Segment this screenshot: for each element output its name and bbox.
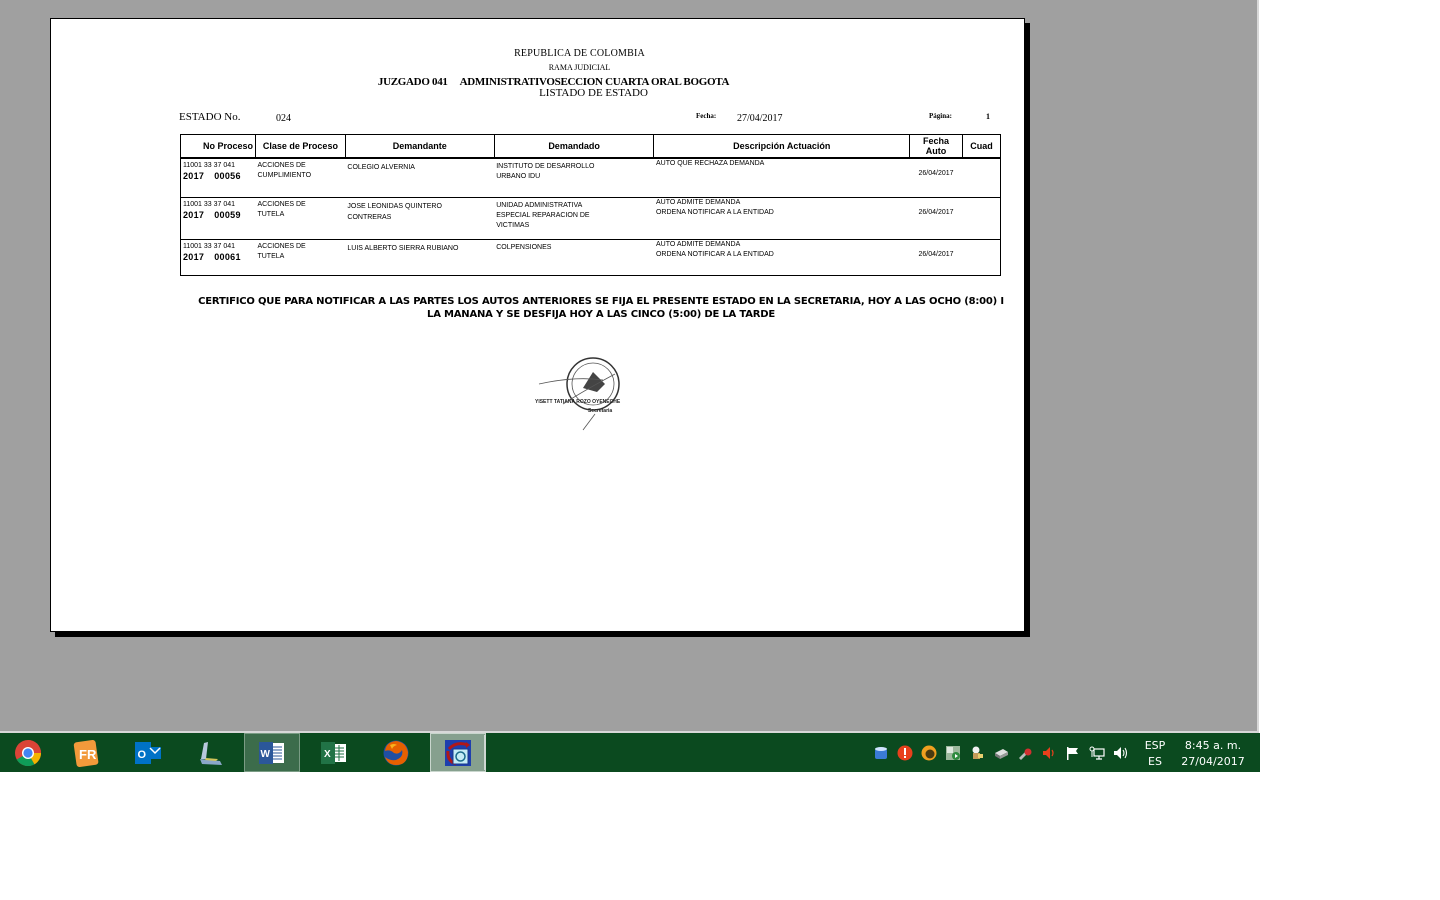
cell-demandante: JOSE LEONIDAS QUINTEROCONTRERAS xyxy=(345,198,494,240)
fecha-value: 27/04/2017 xyxy=(737,113,783,124)
cell-clase-proceso: ACCIONES DECUMPLIMIENTO xyxy=(255,158,345,198)
col-fecha-auto: Fecha Auto xyxy=(910,135,963,159)
media-icon[interactable] xyxy=(945,745,961,761)
proceso-prefix: 11001 33 37 041 xyxy=(183,161,253,171)
cell-descripcion: AUTO ADMITE DEMANDAORDENA NOTIFICAR A LA… xyxy=(654,198,910,240)
estado-table: No Proceso Clase de Proceso Demandante D… xyxy=(180,134,1001,276)
outlook-icon: O xyxy=(134,739,162,767)
pagina-value: 1 xyxy=(986,112,990,121)
col-demandante: Demandante xyxy=(345,135,494,159)
demandado-line-3: VICTIMAS xyxy=(496,221,652,231)
svg-text:X: X xyxy=(324,749,331,760)
proceso-year: 2017 xyxy=(183,171,204,181)
pagina-label: Página: xyxy=(929,112,952,120)
cell-no-proceso: 11001 33 37 041201700059 xyxy=(181,198,256,240)
estado-value: 024 xyxy=(276,113,291,124)
system-tray xyxy=(873,733,1137,772)
proceso-year: 2017 xyxy=(183,252,204,262)
table-header-row: No Proceso Clase de Proceso Demandante D… xyxy=(181,135,1001,159)
cell-fecha-auto: 26/04/2017 xyxy=(910,158,963,198)
demandante-line-2: CONTRERAS xyxy=(347,212,492,223)
taskbar-foxit-reader[interactable]: FR xyxy=(58,733,114,772)
svg-text:O: O xyxy=(138,749,147,761)
firefox-icon xyxy=(382,739,410,767)
demandado-line-1: INSTITUTO DE DESARROLLO xyxy=(496,162,652,172)
actuacion-line-2: ORDENA NOTIFICAR A LA ENTIDAD xyxy=(656,250,908,260)
cell-cuad xyxy=(963,198,1001,240)
clase-line-2: TUTELA xyxy=(257,252,343,262)
proceso-number: 201700061 xyxy=(183,252,253,262)
signer-role: Secretaria xyxy=(588,408,612,414)
report-page: REPUBLICA DE COLOMBIA RAMA JUDICIAL JUZG… xyxy=(50,18,1025,632)
taskbar-chrome[interactable] xyxy=(0,733,56,772)
taskbar-report-viewer[interactable] xyxy=(430,733,486,772)
cell-demandado: UNIDAD ADMINISTRATIVAESPECIAL REPARACION… xyxy=(494,198,654,240)
network-drive-icon[interactable] xyxy=(873,745,889,761)
demandado-line-1: COLPENSIONES xyxy=(496,243,652,253)
printer-icon[interactable] xyxy=(993,745,1009,761)
demandante-line-1: LUIS ALBERTO SIERRA RUBIANO xyxy=(347,243,492,254)
fecha-label: Fecha: xyxy=(696,112,716,120)
clock[interactable]: 8:45 a. m. 27/04/2017 xyxy=(1178,738,1248,770)
col-descripcion: Descripción Actuación xyxy=(654,135,910,159)
certificate-line-1: CERTIFICO QUE PARA NOTIFICAR A LAS PARTE… xyxy=(191,295,1011,308)
clase-line-2: TUTELA xyxy=(257,210,343,220)
actuacion-line-1: AUTO ADMITE DEMANDA xyxy=(656,198,908,208)
demandado-line-2: URBANO IDU xyxy=(496,172,652,182)
certificate-line-2: LA MANANA Y SE DESFIJA HOY A LAS CINCO (… xyxy=(191,308,1011,321)
taskbar-outlook[interactable]: O xyxy=(120,733,176,772)
network-icon[interactable] xyxy=(1089,745,1105,761)
cell-demandante: LUIS ALBERTO SIERRA RUBIANO xyxy=(345,240,494,276)
taskbar-firefox[interactable] xyxy=(368,733,424,772)
estado-label: ESTADO No. xyxy=(179,111,240,123)
language-indicator[interactable]: ESP ES xyxy=(1144,738,1166,770)
taskbar-word[interactable]: W xyxy=(244,733,300,772)
excel-icon: X xyxy=(320,739,348,767)
signer-name: YISETT TATIANA ROZO OYENECHE xyxy=(535,399,620,405)
taskbar-separator xyxy=(484,735,486,770)
clase-line-1: ACCIONES DE xyxy=(257,161,343,171)
demandante-line-1: COLEGIO ALVERNIA xyxy=(347,162,492,173)
proceso-number: 201700059 xyxy=(183,210,253,220)
svg-text:FR: FR xyxy=(79,747,97,762)
table-row: 11001 33 37 041201700061ACCIONES DETUTEL… xyxy=(181,240,1001,276)
cell-fecha-auto: 26/04/2017 xyxy=(910,198,963,240)
seal-icon xyxy=(535,354,655,432)
proceso-prefix: 11001 33 37 041 xyxy=(183,200,253,210)
mute-speaker-icon[interactable] xyxy=(1041,745,1057,761)
taskbar-scanner[interactable] xyxy=(182,733,238,772)
col-cuad: Cuad xyxy=(963,135,1001,159)
actuacion-line-2: ORDENA NOTIFICAR A LA ENTIDAD xyxy=(656,208,908,218)
cell-cuad xyxy=(963,158,1001,198)
clase-line-2: CUMPLIMIENTO xyxy=(257,171,343,181)
actuacion-line-1: AUTO QUE RECHAZA DEMANDA xyxy=(656,159,908,169)
cell-descripcion: AUTO QUE RECHAZA DEMANDA xyxy=(654,158,910,198)
device-icon[interactable] xyxy=(1017,745,1033,761)
proceso-consecutive: 00059 xyxy=(214,210,241,220)
cell-descripcion: AUTO ADMITE DEMANDAORDENA NOTIFICAR A LA… xyxy=(654,240,910,276)
scanner-icon xyxy=(196,739,224,767)
clase-line-1: ACCIONES DE xyxy=(257,242,343,252)
demandado-line-2: ESPECIAL REPARACION DE xyxy=(496,211,652,221)
proceso-prefix: 11001 33 37 041 xyxy=(183,242,253,252)
flag-icon[interactable] xyxy=(1065,745,1081,761)
cell-no-proceso: 11001 33 37 041201700061 xyxy=(181,240,256,276)
report-viewer-icon xyxy=(444,739,472,767)
proceso-number: 201700056 xyxy=(183,171,253,181)
proceso-year: 2017 xyxy=(183,210,204,220)
clock-date: 27/04/2017 xyxy=(1178,754,1248,770)
col-demandado: Demandado xyxy=(494,135,654,159)
word-icon: W xyxy=(258,739,286,767)
helper-icon[interactable] xyxy=(969,745,985,761)
cell-clase-proceso: ACCIONES DETUTELA xyxy=(255,240,345,276)
foxit-reader-icon: FR xyxy=(72,739,100,767)
taskbar: FR O W X xyxy=(0,733,1260,772)
table-row: 11001 33 37 041201700059ACCIONES DETUTEL… xyxy=(181,198,1001,240)
volume-icon[interactable] xyxy=(1113,745,1129,761)
proceso-consecutive: 00061 xyxy=(214,252,241,262)
svg-text:W: W xyxy=(261,749,271,760)
proceso-consecutive: 00056 xyxy=(214,171,241,181)
demandante-line-1: JOSE LEONIDAS QUINTERO xyxy=(347,201,492,212)
cell-cuad xyxy=(963,240,1001,276)
document-viewer[interactable]: REPUBLICA DE COLOMBIA RAMA JUDICIAL JUZG… xyxy=(0,0,1259,733)
col-clase-proceso: Clase de Proceso xyxy=(255,135,345,159)
demandado-line-1: UNIDAD ADMINISTRATIVA xyxy=(496,201,652,211)
header-branch: RAMA JUDICIAL xyxy=(93,63,1066,72)
update-icon[interactable] xyxy=(921,745,937,761)
actuacion-line-1: AUTO ADMITE DEMANDA xyxy=(656,240,908,250)
alert-icon[interactable] xyxy=(897,745,913,761)
table-row: 11001 33 37 041201700056ACCIONES DECUMPL… xyxy=(181,158,1001,198)
cell-demandado: COLPENSIONES xyxy=(494,240,654,276)
clase-line-1: ACCIONES DE xyxy=(257,200,343,210)
listing-title: LISTADO DE ESTADO xyxy=(107,87,1080,99)
cell-no-proceso: 11001 33 37 041201700056 xyxy=(181,158,256,198)
taskbar-excel[interactable]: X xyxy=(306,733,362,772)
header-country: REPUBLICA DE COLOMBIA xyxy=(93,48,1066,59)
cell-demandado: INSTITUTO DE DESARROLLOURBANO IDU xyxy=(494,158,654,198)
cell-fecha-auto: 26/04/2017 xyxy=(910,240,963,276)
language-code: ESP xyxy=(1144,738,1166,754)
clock-time: 8:45 a. m. xyxy=(1178,738,1248,754)
cell-demandante: COLEGIO ALVERNIA xyxy=(345,158,494,198)
signature-stamp: YISETT TATIANA ROZO OYENECHE Secretaria xyxy=(535,354,655,432)
col-no-proceso: No Proceso xyxy=(181,135,256,159)
chrome-icon xyxy=(14,739,42,767)
cell-clase-proceso: ACCIONES DETUTELA xyxy=(255,198,345,240)
keyboard-layout: ES xyxy=(1144,754,1166,770)
